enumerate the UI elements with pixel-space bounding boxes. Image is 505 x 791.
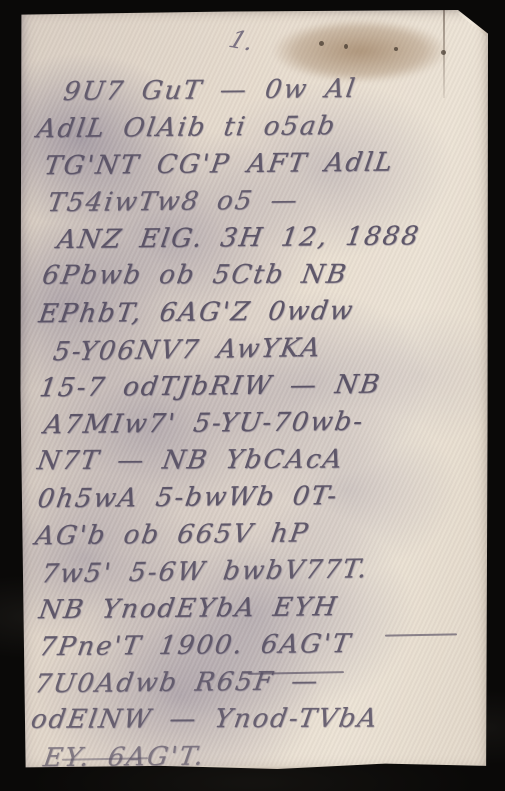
handwritten-line: 9U7 GuT — 0w Al (63, 70, 474, 111)
pinhole-speck (319, 41, 324, 46)
clipped-corner (456, 11, 488, 39)
handwritten-line: 7U0Adwb R65F — (35, 662, 481, 704)
handwritten-line: EY. 6AG'T. (43, 736, 481, 778)
handwritten-line: AG'b ob 665V hP (35, 514, 479, 556)
handwritten-line: AdlL OlAib ti o5ab (37, 107, 475, 149)
handwritten-line: 5-Y06NV7 AwYKA (53, 328, 478, 372)
handwritten-line-dated-1888: ANZ ElG. 3H 12, 1888 (57, 218, 476, 259)
handwritten-line: 0h5wA 5-bwWb 0T- (38, 477, 479, 519)
handwritten-line: T54iwTw8 o5 — (47, 181, 475, 222)
manuscript-page: 1. 9U7 GuT — 0w Al AdlL OlAib ti o5ab TG… (20, 10, 488, 772)
pinhole-speck (394, 47, 398, 51)
page-number: 1. (225, 25, 259, 57)
pinhole-speck (344, 44, 348, 49)
handwritten-line: EPhbT, 6AG'Z 0wdw (39, 292, 477, 334)
handwritten-line: NB YnodEYbA EYH (39, 588, 480, 630)
handwritten-line: odElNW — Ynod-TVbA (31, 700, 481, 739)
handwritten-line-dated-1900: 7Pne'T 1900. 6AG'T (39, 625, 480, 667)
photo-backdrop: 1. 9U7 GuT — 0w Al AdlL OlAib ti o5ab TG… (0, 0, 505, 791)
handwritten-line: 6Pbwb ob 5Ctb NB (42, 256, 476, 295)
handwritten-line: 15-7 odTJbRIW — NB (39, 366, 477, 408)
handwritten-line: TG'NT CG'P AFT AdlL (44, 144, 475, 186)
handwritten-line: N7T — NB YbCAcA (37, 441, 478, 480)
handwritten-line: 7w5' 5-6W bwbV77T. (41, 550, 480, 594)
handwriting-block: 9U7 GuT — 0w Al AdlL OlAib ti o5ab TG'NT… (28, 70, 481, 778)
handwritten-line: A7MIw7' 5-YU-70wb- (44, 403, 478, 445)
